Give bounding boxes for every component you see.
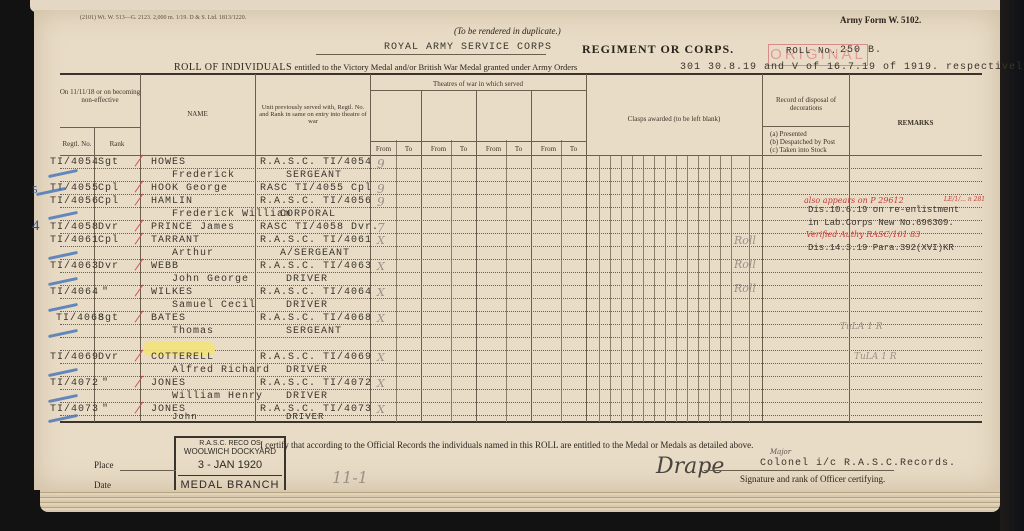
header-remarks: REMARKS — [849, 119, 982, 127]
unit-line1: R.A.S.C. TI/4064 — [260, 287, 372, 298]
certify-text: I certify that according to the Official… — [260, 440, 753, 450]
rank: Cpl — [98, 196, 119, 207]
unit-line2: SERGEANT — [286, 326, 342, 337]
header-from-1: From — [371, 145, 396, 153]
corps-name: ROYAL ARMY SERVICE CORPS — [384, 42, 552, 53]
unit-line2: CORPORAL — [280, 209, 336, 220]
roll-no-label: ROLL No. — [786, 46, 837, 56]
unit-line1: R.A.S.C. TI/4056 — [260, 196, 372, 207]
unit-line2: A/SERGEANT — [280, 248, 350, 259]
forenames: Frederick William — [172, 209, 291, 220]
rank: Cpl — [98, 235, 119, 246]
pencil-number: 11-1 — [332, 468, 368, 487]
forenames: Alfred Richard — [172, 365, 270, 376]
forenames: John — [172, 412, 198, 422]
unit-line2: DRIVER — [286, 300, 328, 311]
header-to-2: To — [451, 145, 476, 153]
surname: HAMLIN — [151, 196, 193, 207]
unit-line2: SERGEANT — [286, 170, 342, 181]
surname: TARRANT — [151, 235, 200, 246]
book-binding — [1000, 0, 1024, 531]
surname: PRINCE James — [151, 222, 235, 233]
surname: JONES — [151, 378, 186, 389]
forenames: Frederick — [172, 170, 235, 181]
red-tick-icon — [135, 375, 144, 387]
red-tick-icon — [135, 401, 144, 413]
red-tick-icon — [135, 284, 144, 296]
surname: HOWES — [151, 157, 186, 168]
theatre-mark: X — [377, 260, 386, 273]
regtl-no: TI/4058 — [50, 222, 99, 233]
rank: Cpl — [98, 183, 119, 194]
red-tick-icon — [135, 349, 144, 361]
forenames: Thomas — [172, 326, 214, 337]
theatre-mark: X — [377, 403, 386, 416]
form-id: Army Form W. 5102. — [840, 15, 921, 25]
print-line: (2101) Wt. W. 513—G. 2123. 2,000 m. 1/19… — [80, 15, 246, 21]
unit-line2: DRIVER — [286, 274, 328, 285]
officer-rank: Colonel i/c R.A.S.C.Records. — [760, 458, 956, 469]
margin-mark-4: 4 — [32, 218, 40, 235]
red-tick-icon — [135, 219, 144, 231]
remarks-typed-1: Dis.10.6.19 on re-enlistment — [808, 205, 959, 215]
unit-line1: R.A.S.C. TI/4054 — [260, 157, 372, 168]
title-prefix: ROLL OF INDIVIDUALS — [174, 62, 292, 73]
header-clasps: Clasps awarded (to be left blank) — [586, 115, 762, 123]
unit-line1: RASC TI/4058 Dvr. — [260, 222, 379, 233]
theatre-mark: X — [377, 286, 386, 299]
pencil-ref-2: TuLA 1 R — [854, 352, 897, 362]
medal-roll-page: (2101) Wt. W. 513—G. 2123. 2,000 m. 1/19… — [34, 10, 1000, 490]
blue-check-icon — [48, 211, 78, 220]
red-note-ref: LE/1/... n 281 — [944, 196, 985, 203]
blue-check-icon — [48, 169, 78, 178]
rank: Sgt — [98, 157, 119, 168]
rank: Dvr — [98, 222, 119, 233]
theatre-mark: 9 — [377, 182, 386, 196]
officer-signature: Drape — [656, 454, 724, 479]
header-disposal-b: (b) Despatched by Post — [770, 138, 835, 146]
theatre-mark: X — [377, 377, 386, 390]
theatre-mark: 7 — [377, 221, 386, 235]
header-from-4: From — [536, 145, 561, 153]
roll-no-value: 250 B. — [840, 45, 882, 56]
header-on-date: On 11/11/18 or on becoming non-effective — [58, 88, 142, 104]
red-tick-icon — [135, 154, 144, 166]
surname: HOOK George — [151, 183, 228, 194]
pencil-ref-1: TuLA 1 R — [840, 322, 883, 332]
surname: WILKES — [151, 287, 193, 298]
red-note-2: Verified Authy RASC/101 83 — [806, 230, 920, 239]
signature-caption: Signature and rank of Officer certifying… — [740, 474, 885, 484]
red-tick-icon — [135, 193, 144, 205]
theatre-mark: X — [377, 312, 386, 325]
header-to-3: To — [506, 145, 531, 153]
unit-line2: DRIVER — [286, 391, 328, 402]
regtl-no: TI/4064 — [50, 287, 99, 298]
red-tick-icon — [135, 258, 144, 270]
red-tick-icon — [135, 232, 144, 244]
regtl-no: TI/4054 — [50, 157, 99, 168]
rank: Dvr — [98, 352, 119, 363]
title-text: entitled to the Victory Medal and/or Bri… — [295, 62, 578, 72]
header-disposal-c: (c) Taken into Stock — [770, 146, 827, 154]
forenames: William Henry — [172, 391, 263, 402]
roll-title: ROLL OF INDIVIDUALS entitled to the Vict… — [174, 62, 577, 73]
regiment-label: REGIMENT OR CORPS. — [582, 42, 734, 57]
rank: " — [102, 287, 109, 298]
date-label: Date — [94, 480, 111, 490]
regtl-no: TI/4072 — [50, 378, 99, 389]
duplicate-note: (To be rendered in duplicate.) — [454, 26, 561, 36]
unit-line1: R.A.S.C. TI/4063 — [260, 261, 372, 272]
surname: WEBB — [151, 261, 179, 272]
unit-line1: R.A.S.C. TI/4061 — [260, 235, 372, 246]
forenames: Samuel Cecil — [172, 300, 256, 311]
unit-line2: DRIVER — [286, 412, 324, 422]
margin-mark-5: 5 — [32, 184, 38, 196]
header-to-4: To — [561, 145, 586, 153]
remarks-typed-3: Dis.14.3.19 Para.392(XVI)KR — [808, 243, 954, 253]
red-tick-icon — [135, 310, 144, 322]
rank: " — [102, 378, 109, 389]
regtl-no: TI/4063 — [50, 261, 99, 272]
theatre-mark: X — [377, 234, 386, 247]
stamp-date: 3 - JAN 1920 — [176, 459, 284, 471]
header-to-1: To — [396, 145, 421, 153]
unit-line1: R.A.S.C. TI/4069 — [260, 352, 372, 363]
army-orders: 301 30.8.19 and V of 16.7.19 of 1919. re… — [680, 62, 1024, 73]
theatre-mark: X — [377, 351, 386, 364]
page-stack-edges — [40, 490, 1000, 512]
surname: COTTERELL — [151, 352, 214, 363]
pencil-roll-2: Roll — [734, 258, 756, 271]
theatre-mark: 9 — [377, 157, 386, 171]
forenames: Arthur — [172, 248, 214, 259]
header-from-2: From — [426, 145, 451, 153]
header-theatres: Theatres of war in which served — [370, 80, 586, 88]
pencil-roll-1: Roll — [734, 234, 756, 247]
unit-line1: R.A.S.C. TI/4068 — [260, 313, 372, 324]
forenames: John George — [172, 274, 249, 285]
header-from-3: From — [481, 145, 506, 153]
red-note-1: also appears on P 29612 — [804, 196, 904, 205]
header-regtl-no: Regtl. No. — [60, 140, 94, 148]
regtl-no: TI/4069 — [50, 352, 99, 363]
pencil-roll-3: Roll — [734, 282, 756, 295]
surname: BATES — [151, 313, 186, 324]
header-disposal: Record of disposal of decorations — [763, 96, 849, 112]
rank-annotation: Major — [770, 448, 791, 456]
regtl-no: TI/4061 — [50, 235, 99, 246]
rank: " — [102, 404, 109, 415]
header-disposal-a: (a) Presented — [770, 130, 807, 138]
rank: Dvr — [98, 261, 119, 272]
header-name: NAME — [140, 110, 255, 118]
place-label: Place — [94, 460, 114, 470]
red-tick-icon — [135, 180, 144, 192]
unit-line1: R.A.S.C. TI/4072 — [260, 378, 372, 389]
regtl-no: TI/4056 — [50, 196, 99, 207]
unit-line1: RASC TI/4055 Cpl — [260, 183, 372, 194]
unit-line2: DRIVER — [286, 365, 328, 376]
header-rank: Rank — [94, 140, 140, 148]
remarks-typed-2: in Lab.Corps New No.696309. — [808, 218, 954, 228]
theatre-mark: 9 — [377, 195, 386, 209]
header-unit: Unit previously served with, Regtl. No. … — [258, 104, 368, 125]
rank: Sgt — [98, 313, 119, 324]
